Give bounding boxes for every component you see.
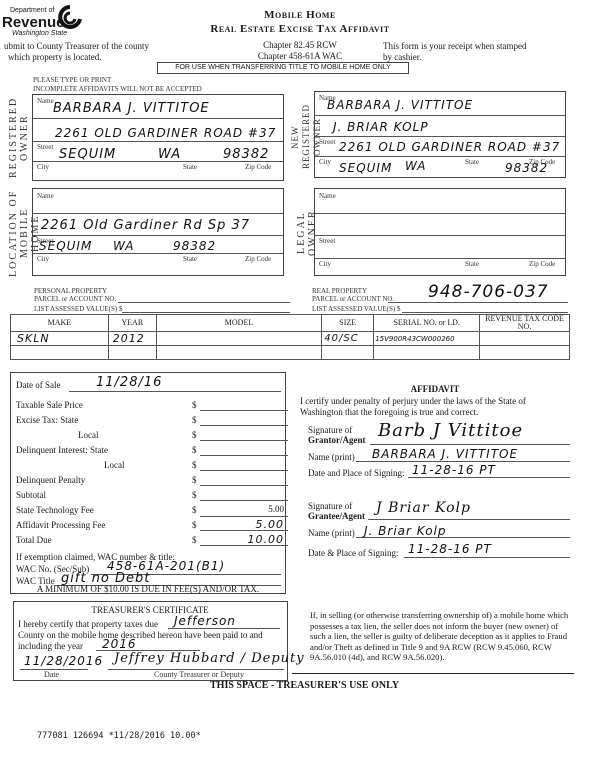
dollar-sign: $	[192, 445, 197, 455]
treasurer-year[interactable]: 2016	[102, 637, 137, 651]
vehicle-table: MAKE YEAR MODEL SIZE SERIAL NO. or I.D. …	[10, 314, 570, 360]
print-note-1: PLEASE TYPE OR PRINT	[33, 76, 111, 84]
zip-label: Zip Code	[529, 158, 555, 166]
new-owner-city[interactable]: SEQUIM	[339, 161, 392, 175]
size-cell[interactable]	[322, 346, 374, 360]
model-cell[interactable]	[156, 332, 322, 346]
col-size: SIZE	[322, 315, 374, 332]
table-row	[11, 346, 570, 360]
table-row: SKLN 2012 40/SC 15V900R43CW000260	[11, 332, 570, 346]
registered-owner-box: Name BARBARA J. VITTITOE 2261 OLD GARDIN…	[32, 94, 284, 181]
fee-label: Total Due	[16, 535, 52, 545]
zip-label: Zip Code	[245, 163, 271, 171]
year-cell[interactable]	[108, 346, 156, 360]
fee-value[interactable]	[200, 428, 288, 441]
fee-row-taxable-sale-price: Taxable Sale Price$	[16, 400, 288, 413]
cashier-receipt-stamp: 777081 126694 *11/28/2016 10.00*	[37, 731, 201, 741]
dollar-sign: $	[192, 505, 197, 515]
street-label: Street	[319, 138, 335, 146]
fee-row-delinquent-interest-local: Local$	[16, 460, 288, 473]
real-assessed-field[interactable]	[402, 312, 568, 313]
fee-value[interactable]	[200, 413, 288, 426]
location-zip[interactable]: 98382	[173, 239, 216, 253]
dollar-sign: $	[192, 400, 197, 410]
personal-parcel-label: PARCEL or ACCOUNT NO.	[34, 295, 116, 303]
dor-logo: Department of Revenue Washington State	[2, 3, 92, 39]
new-owner-street[interactable]: 2261 OLD GARDINER ROAD #37	[339, 140, 560, 154]
use-banner: FOR USE WHEN TRANSFERRING TITLE TO MOBIL…	[157, 62, 409, 74]
treasurers-certificate-box: TREASURER'S CERTIFICATE I hereby certify…	[13, 601, 288, 681]
name-label: Name	[319, 192, 336, 200]
grantor-signature-label: Signature ofGrantor/Agent	[308, 425, 366, 445]
dollar-sign: $	[192, 430, 197, 440]
grantee-name-value[interactable]: J. Briar Kolp	[364, 524, 447, 538]
location-address[interactable]: 2261 Old Gardiner Rd Sp 37	[41, 218, 250, 233]
treasurer-line2: County on the mobile home described here…	[18, 630, 263, 640]
col-year: YEAR	[108, 315, 156, 332]
fee-row-excise-state: Excise Tax: State$	[16, 415, 288, 428]
dollar-sign: $	[192, 535, 197, 545]
fee-value[interactable]	[200, 398, 288, 411]
legal-owner-box: Name Street City State Zip Code	[314, 188, 566, 276]
form-title-line1: Mobile Home	[170, 9, 430, 21]
fee-label: Affidavit Processing Fee	[16, 520, 105, 530]
fee-label: Delinquent Penalty	[16, 475, 85, 485]
registered-owner-name-line2[interactable]: 2261 OLD GARDINER ROAD #37	[55, 126, 276, 140]
receipt-note-1: This form is your receipt when stamped	[383, 41, 526, 51]
treasurer-date-label: Date	[44, 670, 59, 679]
col-model: MODEL	[156, 315, 322, 332]
new-owner-state[interactable]: WA	[405, 159, 426, 173]
grantor-date-place[interactable]: 11-28-16 PT	[412, 463, 496, 477]
affidavit-certify-1: I certify under penalty of perjury under…	[300, 396, 526, 406]
revenue-code-cell[interactable]	[480, 332, 570, 346]
logo-dept-text: Department of	[10, 7, 54, 14]
fee-value[interactable]	[200, 488, 288, 501]
state-label: State	[183, 255, 197, 263]
tax-lien-warning: If, in selling (or otherwise transferrin…	[310, 610, 572, 663]
registered-owner-name[interactable]: BARBARA J. VITTITOE	[53, 101, 210, 116]
treasurer-county[interactable]: Jefferson	[174, 614, 236, 628]
model-cell[interactable]	[156, 346, 322, 360]
treasurer-date[interactable]: 11/28/2016	[24, 654, 103, 668]
receipt-note-2: by cashier.	[383, 52, 422, 62]
street-label: Street	[319, 237, 335, 245]
form-title-line2: Real Estate Excise Tax Affidavit	[170, 23, 430, 35]
new-owner-name-line2[interactable]: J. BRIAR KOLP	[333, 120, 429, 134]
fee-row-delinquent-penalty: Delinquent Penalty$	[16, 475, 288, 488]
print-note-2: INCOMPLETE AFFIDAVITS WILL NOT BE ACCEPT…	[33, 85, 202, 93]
grantee-date-place[interactable]: 11-28-16 PT	[408, 542, 492, 556]
state-label: State	[465, 158, 479, 166]
location-city[interactable]: SEQUIM	[39, 239, 92, 253]
fee-row-affidavit-processing-fee: Affidavit Processing Fee$5.00	[16, 520, 288, 533]
make-cell[interactable]: SKLN	[11, 332, 109, 346]
dor-swirl-logo-icon	[57, 5, 83, 29]
name-label: Name	[37, 192, 54, 200]
dollar-sign: $	[192, 475, 197, 485]
affidavit-title: AFFIDAVIT	[300, 384, 570, 394]
personal-parcel-field[interactable]	[118, 302, 290, 303]
dollar-sign: $	[192, 415, 197, 425]
zip-label: Zip Code	[245, 255, 271, 263]
fee-value[interactable]	[200, 473, 288, 486]
treasurer-signature-label: County Treasurer or Deputy	[154, 670, 244, 679]
real-parcel-number[interactable]: 948-706-037	[428, 282, 549, 302]
personal-assessed-field[interactable]	[122, 312, 290, 313]
grantor-name-label: Name (print)	[308, 452, 355, 462]
fee-row-excise-local: Local$	[16, 430, 288, 443]
revenue-code-cell[interactable]	[480, 346, 570, 360]
col-revenue-tax-code: REVENUE TAX CODE NO.	[480, 315, 570, 332]
fee-row-state-technology-fee: State Technology Fee$5.00	[16, 505, 288, 518]
fee-label: Subtotal	[16, 490, 46, 500]
zip-label: Zip Code	[529, 260, 555, 268]
fee-label: State Technology Fee	[16, 505, 94, 515]
col-make: MAKE	[11, 315, 109, 332]
date-of-sale-label: Date of Sale	[16, 380, 60, 390]
fee-row-subtotal: Subtotal$	[16, 490, 288, 503]
street-label: Street	[37, 143, 53, 151]
grantee-name-label: Name (print)	[308, 528, 355, 538]
date-of-sale-value[interactable]: 11/28/16	[96, 375, 162, 390]
name-label: Name	[37, 97, 54, 105]
grantor-name-value[interactable]: BARBARA J. VITTITOE	[372, 447, 518, 461]
vehicle-table-header: MAKE YEAR MODEL SIZE SERIAL NO. or I.D. …	[11, 315, 570, 332]
grantor-date-label: Date and Place of Signing:	[308, 468, 404, 478]
serial-cell[interactable]	[374, 346, 480, 360]
year-cell[interactable]: 2012	[108, 332, 156, 346]
treasurer-use-only-label: THIS SPACE - TREASURER'S USE ONLY	[210, 680, 510, 691]
fee-label: Excise Tax: State	[16, 415, 78, 425]
logo-revenue-text: Revenue	[2, 16, 65, 29]
logo-state-text: Washington State	[12, 30, 67, 37]
chapter-rcw: Chapter 82.45 RCW	[200, 40, 400, 50]
fee-label: Delinquent Interest: State	[16, 445, 108, 455]
grantee-date-label: Date & Place of Signing:	[308, 548, 398, 558]
registered-owner-label: REGISTEREDOWNER	[8, 95, 30, 180]
dollar-sign: $	[192, 520, 197, 530]
tax-calculation-box: Date of Sale 11/28/16 Taxable Sale Price…	[10, 372, 286, 594]
new-owner-name-line1[interactable]: BARBARA J. VITTITOE	[327, 98, 473, 112]
fee-value[interactable]	[200, 458, 288, 471]
new-registered-owner-box: Name BARBARA J. VITTITOE J. BRIAR KOLP S…	[314, 91, 566, 178]
real-property-label: REAL PROPERTY	[312, 287, 367, 295]
fee-row-delinquent-interest-state: Delinquent Interest: State$	[16, 445, 288, 458]
fee-row-total-due: Total Due$10.00	[16, 535, 288, 548]
grantee-signature-label: Signature ofGrantee/Agent	[308, 501, 365, 521]
minimum-due-note: A MINIMUM OF $10.00 IS DUE IN FEE(S) AND…	[11, 584, 285, 594]
dollar-sign: $	[192, 490, 197, 500]
registered-owner-city-value[interactable]: SEQUIM	[59, 147, 116, 162]
make-cell[interactable]	[11, 346, 109, 360]
submit-note-1: ubmit to County Treasurer of the county	[4, 41, 149, 51]
col-serial: SERIAL NO. or I.D.	[374, 315, 480, 332]
registered-owner-state-value[interactable]: WA	[158, 147, 181, 162]
fee-value[interactable]	[200, 443, 288, 456]
fee-label: Local	[78, 430, 99, 440]
grantee-signature[interactable]: J Briar Kolp	[376, 500, 471, 516]
grantor-signature[interactable]: Barb J Vittitoe	[378, 420, 523, 441]
affidavit-certify-2: Washington that the foregoing is true an…	[300, 407, 478, 417]
personal-property-label: PERSONAL PROPERTY	[34, 287, 107, 295]
real-parcel-label: PARCEL or ACCOUNT NO.	[312, 295, 394, 303]
fee-value[interactable]: 5.00	[200, 518, 288, 531]
chapter-wac: Chapter 458-61A WAC	[200, 51, 400, 61]
personal-assessed-label: LIST ASSESSED VALUE(S) $	[34, 305, 123, 313]
size-cell[interactable]: 40/SC	[322, 332, 374, 346]
treasurer-line3: including the year	[18, 641, 83, 651]
fee-label: Taxable Sale Price	[16, 400, 83, 410]
treasurer-certificate-title: TREASURER'S CERTIFICATE	[14, 605, 286, 615]
state-label: State	[183, 163, 197, 171]
submit-note-2: which property is located.	[8, 52, 101, 62]
real-assessed-label: LIST ASSESSED VALUE(S) $	[312, 305, 401, 313]
city-label: City	[319, 158, 331, 166]
serial-cell[interactable]: 15V900R43CW000260	[374, 332, 480, 346]
state-label: State	[465, 260, 479, 268]
city-label: City	[319, 260, 331, 268]
treasurer-signature[interactable]: Jeffrey Hubbard / Deputy	[114, 651, 305, 666]
location-box: Name 2261 Old Gardiner Rd Sp 37 Street S…	[32, 188, 284, 276]
treasurer-line1: I hereby certify that property taxes due	[18, 619, 158, 629]
registered-owner-zip-value[interactable]: 98382	[223, 147, 269, 162]
location-state[interactable]: WA	[113, 239, 134, 253]
fee-label: Local	[104, 460, 125, 470]
fee-value: 5.00	[200, 504, 288, 517]
city-label: City	[37, 255, 49, 263]
fee-value[interactable]: 10.00	[200, 533, 288, 546]
dollar-sign: $	[192, 460, 197, 470]
city-label: City	[37, 163, 49, 171]
